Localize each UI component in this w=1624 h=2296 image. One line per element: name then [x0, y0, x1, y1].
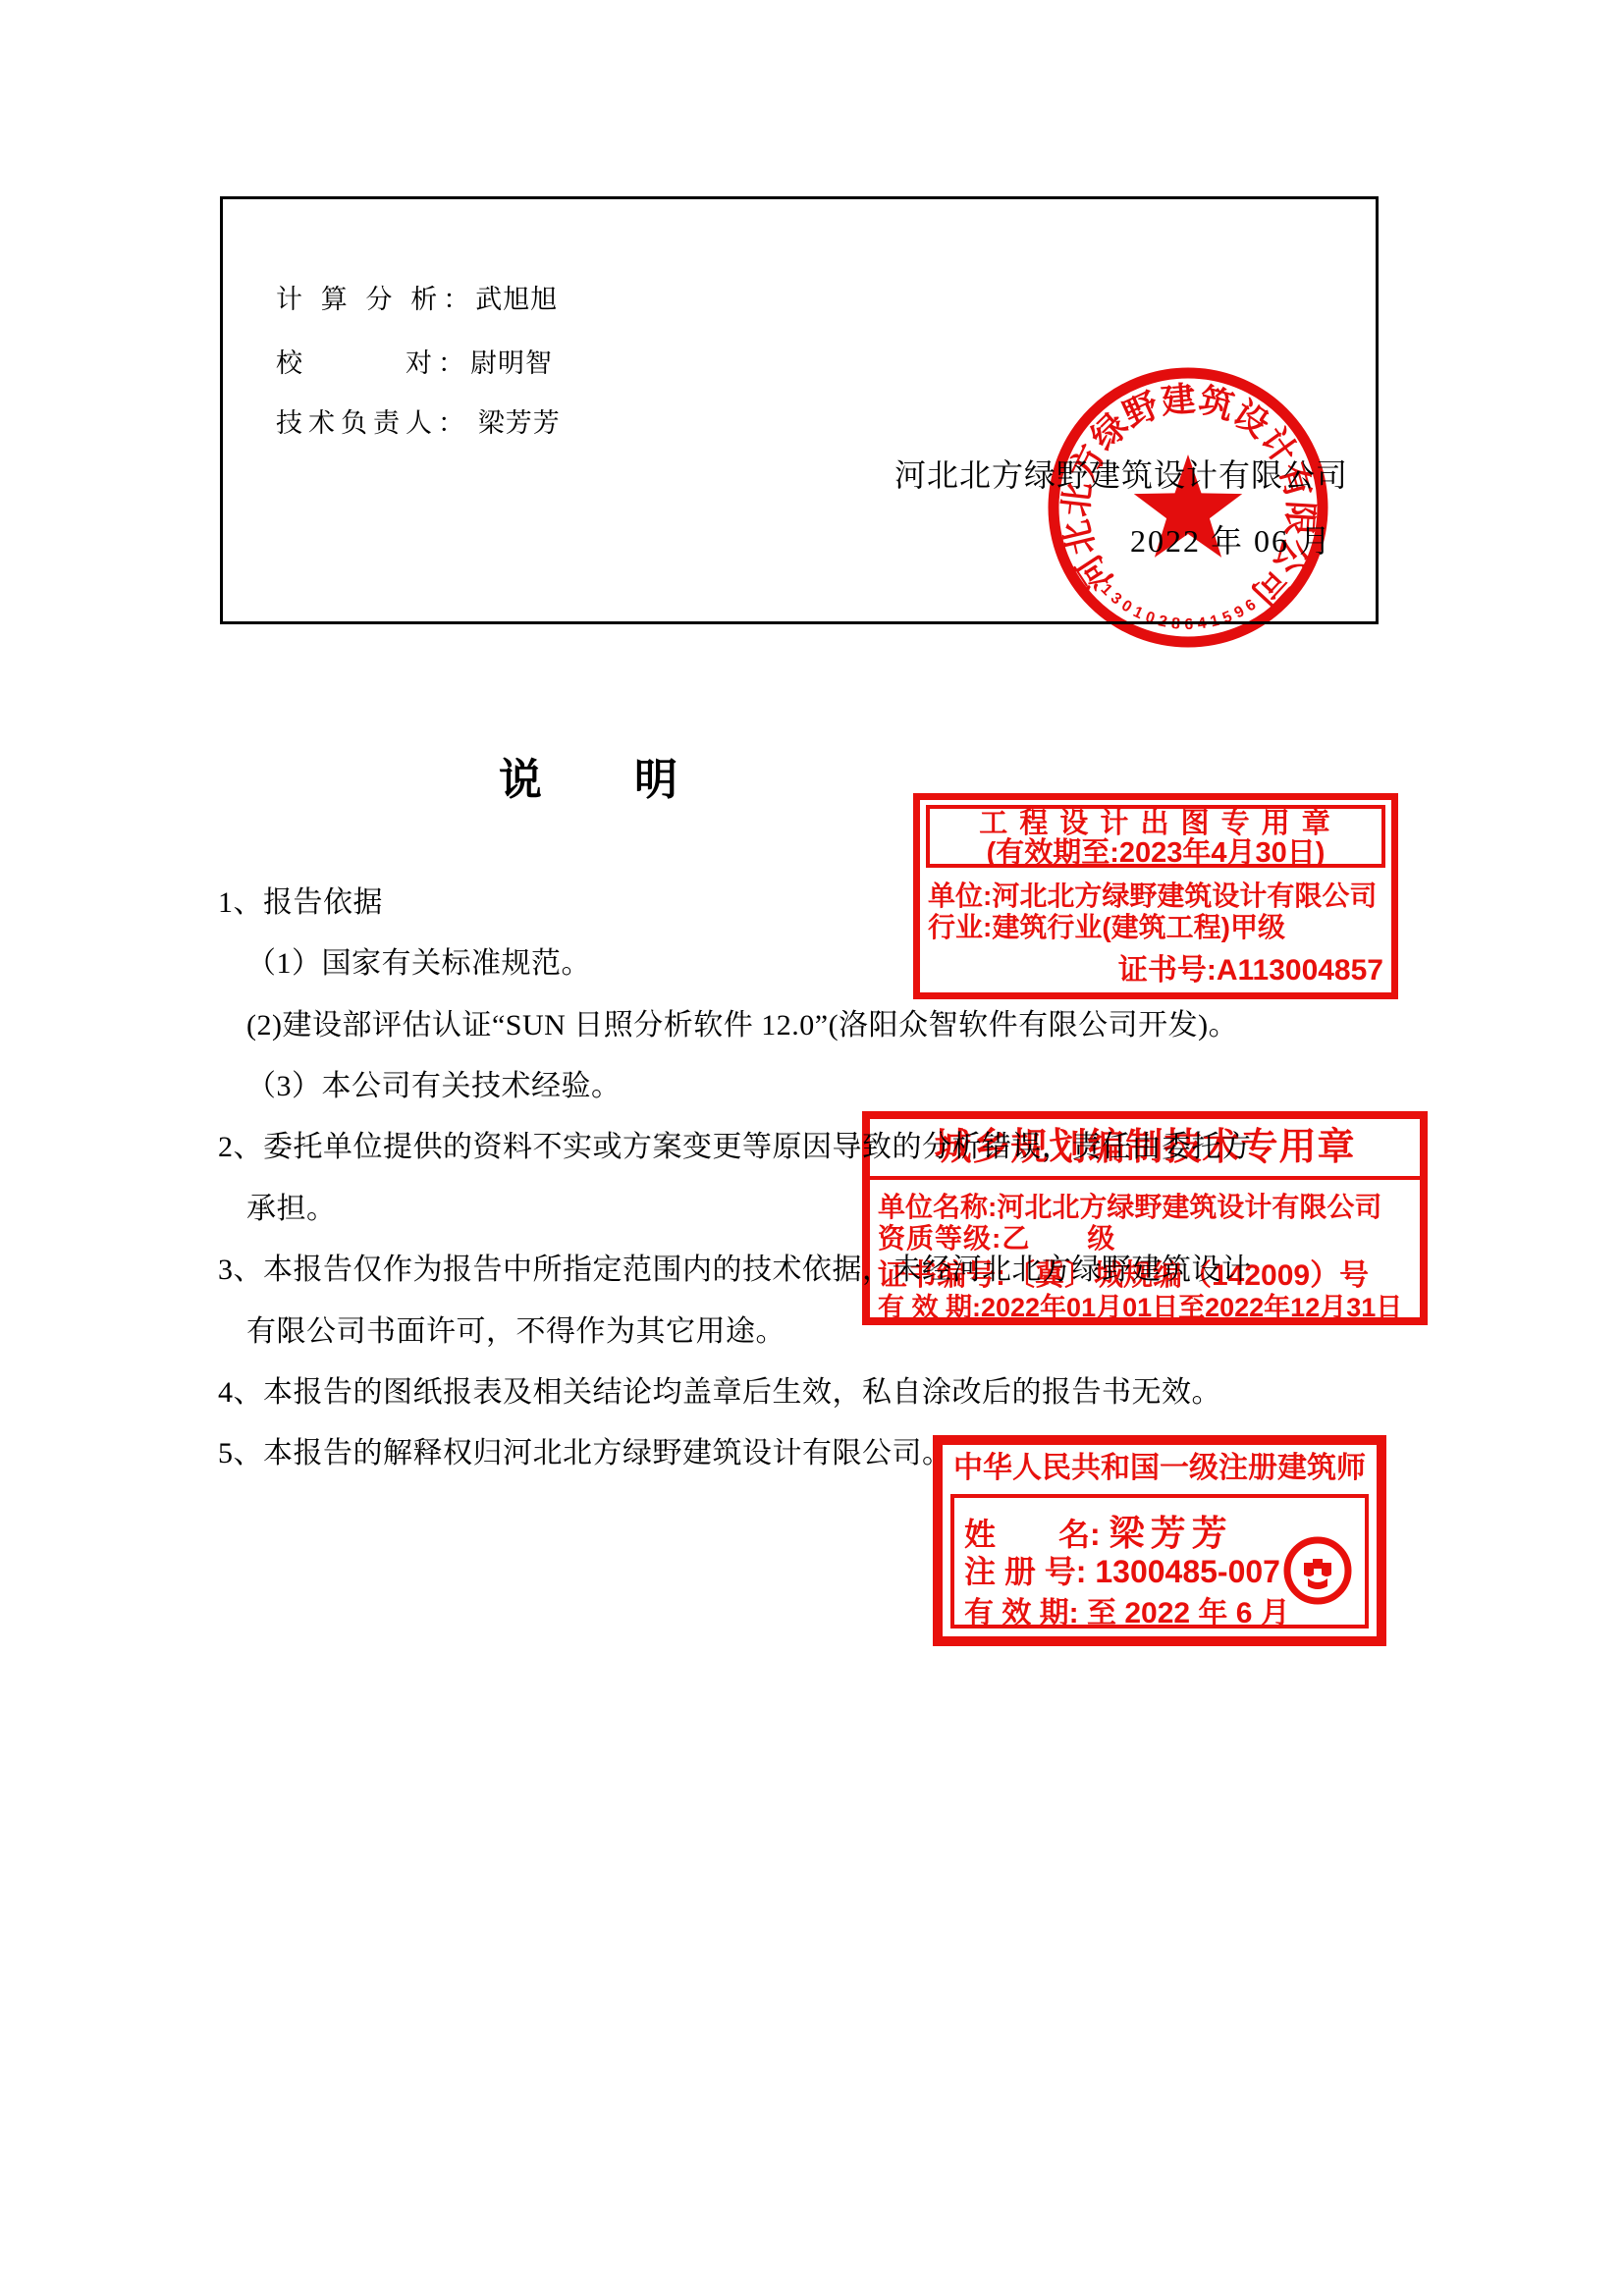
tech-lead-value: 梁芳芳 — [470, 408, 561, 438]
page-title: 说 明 — [353, 744, 825, 807]
stamp-planning-validity: 有 效 期:2022年01月01日至2022年12月31日 — [878, 1286, 1402, 1324]
architect-reg-label: 注 册 号: — [964, 1554, 1086, 1589]
company-round-seal: 河北北方绿野建筑设计有限公司 1301028641596 — [1043, 362, 1333, 653]
stamp-architect: 中华人民共和国一级注册建筑师 姓 名: 梁芳芳 注 册 号: 1300485-0… — [933, 1435, 1386, 1646]
stamp-engineering-design: 工 程 设 计 出 图 专 用 章 (有效期至:2023年4月30日) 单位:河… — [913, 793, 1398, 999]
stamp-design-header: 工 程 设 计 出 图 专 用 章 (有效期至:2023年4月30日) — [926, 805, 1385, 868]
stamp-architect-title: 中华人民共和国一级注册建筑师 — [943, 1447, 1377, 1490]
checker-line: 校 对：尉明智 — [276, 342, 553, 380]
note-line: 4、本报告的图纸报表及相关结论均盖章后生效，私自涂改后的报告书无效。 — [218, 1367, 1221, 1411]
architect-valid-value: 至 2022 年 6 月 — [1087, 1597, 1290, 1629]
checker-value: 尉明智 — [470, 348, 553, 378]
stamp-design-title: 工 程 设 计 出 图 专 用 章 — [930, 809, 1381, 838]
tech-lead-line: 技术负责人： 梁芳芳 — [276, 401, 561, 440]
architect-reg-line: 注 册 号: 1300485-007 — [964, 1547, 1280, 1592]
document-page: 计 算 分 析：武旭旭 校 对：尉明智 技术负责人： 梁芳芳 河北北方绿野建筑设… — [0, 0, 1624, 2296]
architect-emblem-icon — [1280, 1533, 1355, 1608]
note-line: （3）本公司有关技术经验。 — [246, 1061, 622, 1104]
stamp-architect-box: 姓 名: 梁芳芳 注 册 号: 1300485-007 有 效 期: 至 202… — [950, 1494, 1369, 1629]
stamp-design-validity: (有效期至:2023年4月30日) — [930, 838, 1381, 868]
note-line: （1）国家有关标准规范。 — [246, 938, 591, 982]
stamp-planning: 城乡规划编制技术专用章 单位名称:河北北方绿野建筑设计有限公司 资质等级:乙 级… — [862, 1111, 1428, 1325]
calc-analyst-value: 武旭旭 — [475, 285, 558, 314]
stamp-design-industry: 行业:建筑行业(建筑工程)甲级 — [928, 906, 1285, 945]
seal-star-icon — [1134, 454, 1242, 558]
note-line: 承担。 — [246, 1184, 337, 1227]
tech-lead-label: 技术负责人： — [276, 408, 470, 438]
note-line: (2)建设部评估认证“SUN 日照分析软件 12.0”(洛阳众智软件有限公司开发… — [246, 1000, 1238, 1043]
note-line: 5、本报告的解释权归河北北方绿野建筑设计有限公司。 — [218, 1428, 952, 1471]
calc-analyst-label: 计 算 分 析： — [276, 285, 475, 314]
note-line: 有限公司书面许可，不得作为其它用途。 — [246, 1307, 785, 1350]
calc-analyst-line: 计 算 分 析：武旭旭 — [276, 278, 558, 316]
architect-valid-label: 有 效 期: — [964, 1597, 1079, 1629]
stamp-planning-title: 城乡规划编制技术专用章 — [870, 1119, 1420, 1180]
note-line: 1、报告依据 — [218, 878, 383, 921]
architect-valid-line: 有 效 期: 至 2022 年 6 月 — [964, 1588, 1290, 1631]
checker-label: 校 对： — [276, 348, 470, 378]
architect-reg-value: 1300485-007 — [1095, 1554, 1280, 1589]
stamp-design-cert-no: 证书号:A113004857 — [1118, 945, 1383, 988]
